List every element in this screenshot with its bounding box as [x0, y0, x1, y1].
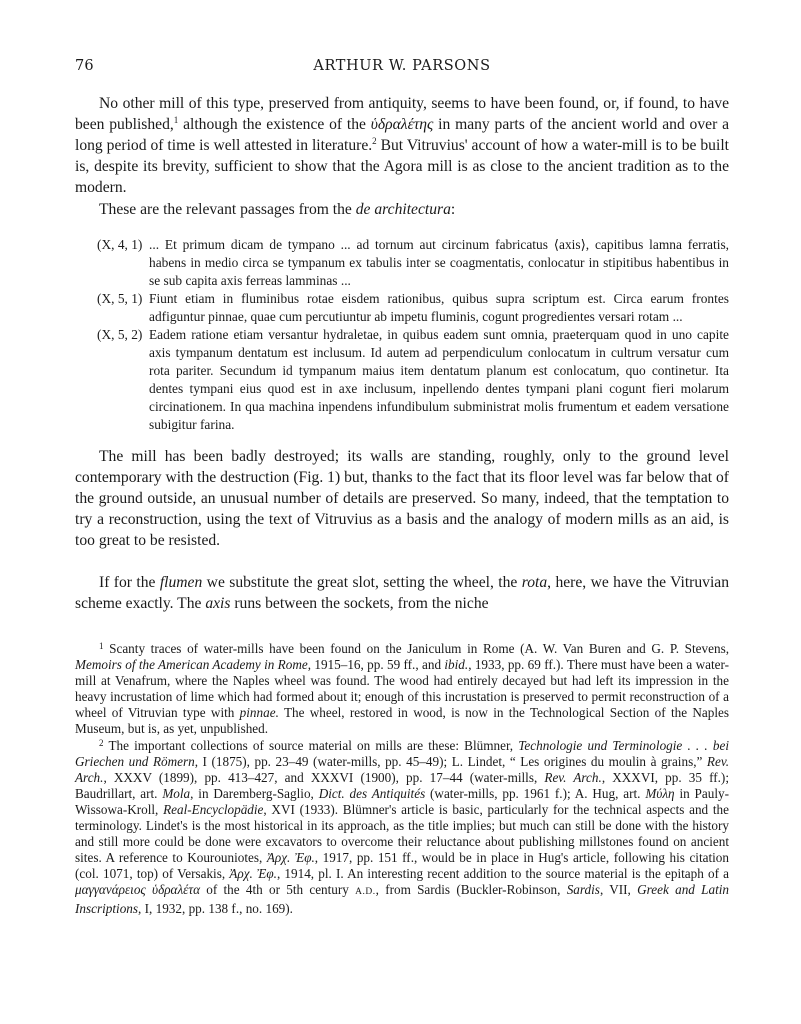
greek-term: Μύλη: [645, 786, 674, 801]
text-run: we substitute the great slot, setting th…: [202, 574, 521, 591]
italic-term: Mola: [162, 786, 190, 801]
italic-citation: Dict. des Antiquités: [319, 786, 426, 801]
italic-term: pinnae.: [240, 705, 279, 720]
quote-reference: (X, 5, 2): [97, 326, 142, 344]
quote-text: Eadem ratione etiam versantur hydraletae…: [149, 327, 729, 432]
running-title: ARTHUR W. PARSONS: [75, 58, 729, 74]
greek-citation: Ἀρχ. Ἐφ.: [229, 866, 277, 881]
italic-term: axis: [205, 595, 230, 612]
italic-term: rota: [522, 574, 547, 591]
text-run: although the existence of the: [178, 116, 370, 133]
running-header: 76 ARTHUR W. PARSONS: [75, 58, 729, 78]
greek-term: ὑδραλέτης: [371, 116, 434, 133]
text-run: of the 4th or 5th century: [200, 882, 355, 897]
italic-citation: Rev. Arch.: [544, 770, 601, 785]
italic-term: flumen: [160, 574, 202, 591]
paragraph-passages-intro: These are the relevant passages from the…: [75, 199, 729, 220]
text-run: :: [451, 201, 455, 218]
vitruvius-quotations: (X, 4, 1)... Et primum dicam de tympano …: [97, 236, 729, 434]
italic-title: de architectura: [356, 201, 451, 218]
text-run: (water-mills, pp. 1961 f.); A. Hug, art.: [425, 786, 645, 801]
footnote-1: 1 Scanty traces of water-mills have been…: [75, 641, 729, 738]
footnotes: 1 Scanty traces of water-mills have been…: [75, 641, 729, 917]
text-run: These are the relevant passages from the: [99, 201, 356, 218]
text-run: , I, 1932, pp. 138 f., no. 169).: [138, 901, 293, 916]
text-run: , from Sardis (Buckler-Robinson,: [376, 882, 567, 897]
text-run: runs between the sockets, from the niche: [230, 595, 488, 612]
quote-block: (X, 4, 1)... Et primum dicam de tympano …: [97, 236, 729, 290]
text-run: , 1914, pl. I. An interesting recent add…: [277, 866, 729, 881]
quote-text: Fiunt etiam in fluminibus rotae eisdem r…: [149, 291, 729, 324]
text-run: , in Daremberg-Saglio,: [190, 786, 319, 801]
text-run: , I (1875), pp. 23–49 (water-mills, pp. …: [195, 754, 707, 769]
quote-block: (X, 5, 2)Eadem ratione etiam versantur h…: [97, 326, 729, 434]
italic-citation: ibid.: [444, 657, 468, 672]
paragraph-text: The mill has been badly destroyed; its w…: [75, 446, 729, 551]
text-run: Scanty traces of water-mills have been f…: [104, 641, 730, 656]
paragraph-mill-destroyed: The mill has been badly destroyed; its w…: [75, 446, 729, 551]
greek-citation: Ἀρχ. Ἐφ.: [267, 850, 315, 865]
greek-term: μαγγανάρειος ὑδραλέτα: [75, 882, 200, 897]
text-run: , XXXV (1899), pp. 413–427, and XXXVI (1…: [103, 770, 544, 785]
era-abbreviation: A.D.: [355, 887, 375, 897]
italic-citation: Real-Encyclopädie: [163, 802, 263, 817]
italic-citation: Memoirs of the American Academy in Rome: [75, 657, 308, 672]
quote-reference: (X, 4, 1): [97, 236, 142, 254]
text-run: The important collections of source mate…: [104, 738, 519, 753]
paragraph-intro: No other mill of this type, preserved fr…: [75, 93, 729, 198]
footnote-2: 2 The important collections of source ma…: [75, 738, 729, 917]
italic-citation: Sardis: [567, 882, 600, 897]
quote-text: ... Et primum dicam de tympano ... ad to…: [149, 237, 729, 288]
quote-block: (X, 5, 1)Fiunt etiam in fluminibus rotae…: [97, 290, 729, 326]
text-run: , 1915–16, pp. 59 ff., and: [308, 657, 445, 672]
paragraph-vitruvian-scheme: If for the flumen we substitute the grea…: [75, 572, 729, 614]
quote-reference: (X, 5, 1): [97, 290, 142, 308]
text-run: , VII,: [600, 882, 637, 897]
text-run: If for the: [99, 574, 160, 591]
